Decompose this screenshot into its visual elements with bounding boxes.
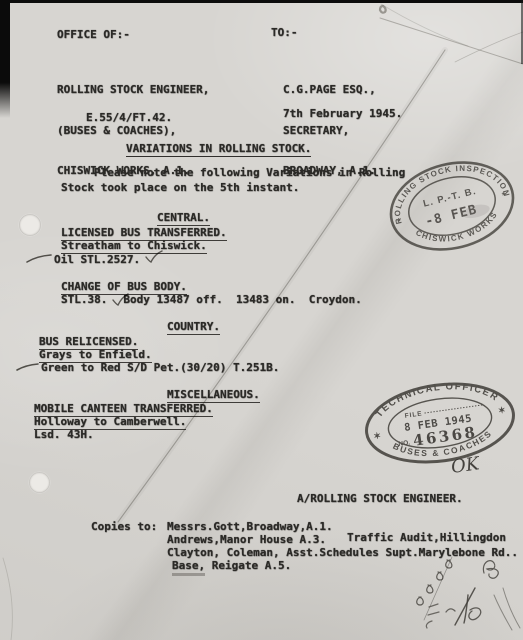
- scan-border-left: [0, 0, 10, 118]
- ok-handwritten-mark: OK: [450, 453, 482, 478]
- copies-line: Base, Reigate A.5.: [172, 559, 291, 576]
- licensed-bus-route: Streatham to Chiswick.: [61, 239, 207, 254]
- scribble: [464, 595, 468, 623]
- scribble-flourish: [483, 561, 498, 579]
- memo-date: 7th February 1945.: [283, 107, 402, 121]
- scribble: [426, 604, 439, 628]
- stamp-arc-text: ROLLING STOCK INSPECTION: [384, 152, 511, 225]
- relicensed-detail: Green to Red S/D Pet.(30/20) T.251B.: [41, 361, 279, 375]
- stamp-side-mark: *: [396, 216, 402, 227]
- stamp-date: 8 FEB 1945: [404, 413, 473, 434]
- section-heading-central: CENTRAL.: [157, 211, 210, 226]
- scanned-memo-page: OFFICE OF:- TO:- ROLLING STOCK ENGINEER,…: [0, 0, 523, 640]
- stamp-org-text: L. P.-T. B.: [422, 186, 478, 210]
- stamp-inner-ring: [403, 168, 502, 244]
- recipient-address-line: SECRETARY,: [283, 124, 376, 138]
- stamp-side-mark: ✶: [373, 430, 382, 441]
- sender-address-line: ROLLING STOCK ENGINEER,: [57, 83, 209, 97]
- tick-dash: [17, 364, 38, 370]
- stamp-number: 46368: [412, 423, 479, 450]
- punch-hole: [29, 472, 50, 493]
- stamp-side-mark: ✶: [497, 405, 506, 416]
- stamp-date: -8 FEB: [424, 202, 479, 229]
- stamp-inner-ring: [385, 392, 495, 454]
- section-heading-country: COUNTRY.: [167, 320, 220, 335]
- office-of-label: OFFICE OF:-: [57, 28, 130, 42]
- scribble: [455, 588, 475, 625]
- sender-address-line: (BUSES & COACHES),: [57, 124, 209, 138]
- technical-officer-stamp: TECHNICAL OFFICER BUSES & COACHES FILE 8…: [361, 372, 519, 471]
- signature-line: A/ROLLING STOCK ENGINEER.: [297, 492, 463, 506]
- intro-line: Please note the following Variations in …: [94, 166, 405, 180]
- change-body-detail: STL.38. Body 13487 off. 13483 on. Croydo…: [61, 293, 362, 307]
- stamp-file-dotted-line: [424, 405, 483, 413]
- scribble: [494, 588, 520, 630]
- section-heading-miscellaneous: MISCELLANEOUS.: [167, 388, 260, 403]
- scan-border-top: [0, 0, 523, 3]
- stamp-smudge: [461, 202, 491, 220]
- intro-line: Stock took place on the 5th instant.: [61, 181, 299, 195]
- scribble-loops: [417, 560, 452, 605]
- stamp-outer-ring: [361, 375, 518, 471]
- tick-dash: [27, 255, 51, 262]
- scribble: [424, 557, 452, 620]
- fold-line: [3, 558, 12, 640]
- file-reference: E.55/4/FT.42.: [86, 111, 172, 125]
- canteen-detail: Lsd. 43H.: [34, 428, 94, 442]
- stamp-arc-text: BUSES & COACHES: [390, 427, 496, 464]
- licensed-bus-detail: Oil STL.2527.: [54, 253, 140, 267]
- memo-title: VARIATIONS IN ROLLING STOCK.: [126, 142, 311, 157]
- stamp-no-label: NO.: [398, 439, 411, 448]
- copies-line: Andrews,Manor House A.3.: [167, 533, 326, 547]
- stamp-file-label: FILE: [404, 410, 423, 419]
- scribble: [446, 609, 455, 612]
- ink-smudge: [380, 6, 386, 13]
- scribble: [469, 608, 481, 620]
- fold-line: [381, 4, 468, 46]
- fold-line: [380, 18, 523, 64]
- recipient-address-line: C.G.PAGE ESQ.,: [283, 83, 376, 97]
- stamp-side-mark: *: [501, 190, 507, 201]
- copies-label: Copies to:: [91, 520, 157, 534]
- punch-hole: [19, 214, 41, 236]
- fold-line: [455, 32, 523, 62]
- stamp-arc-text: TECHNICAL OFFICER: [371, 374, 502, 421]
- copies-line: Clayton, Coleman, Asst.Schedules Supt.Ma…: [167, 546, 518, 560]
- copies-line: Messrs.Gott,Broadway,A.1.: [167, 520, 333, 534]
- stamp-arc-text: CHISWICK WORKS: [413, 208, 504, 252]
- copies-line: Traffic Audit,Hillingdon: [347, 531, 506, 545]
- to-label: TO:-: [271, 26, 298, 40]
